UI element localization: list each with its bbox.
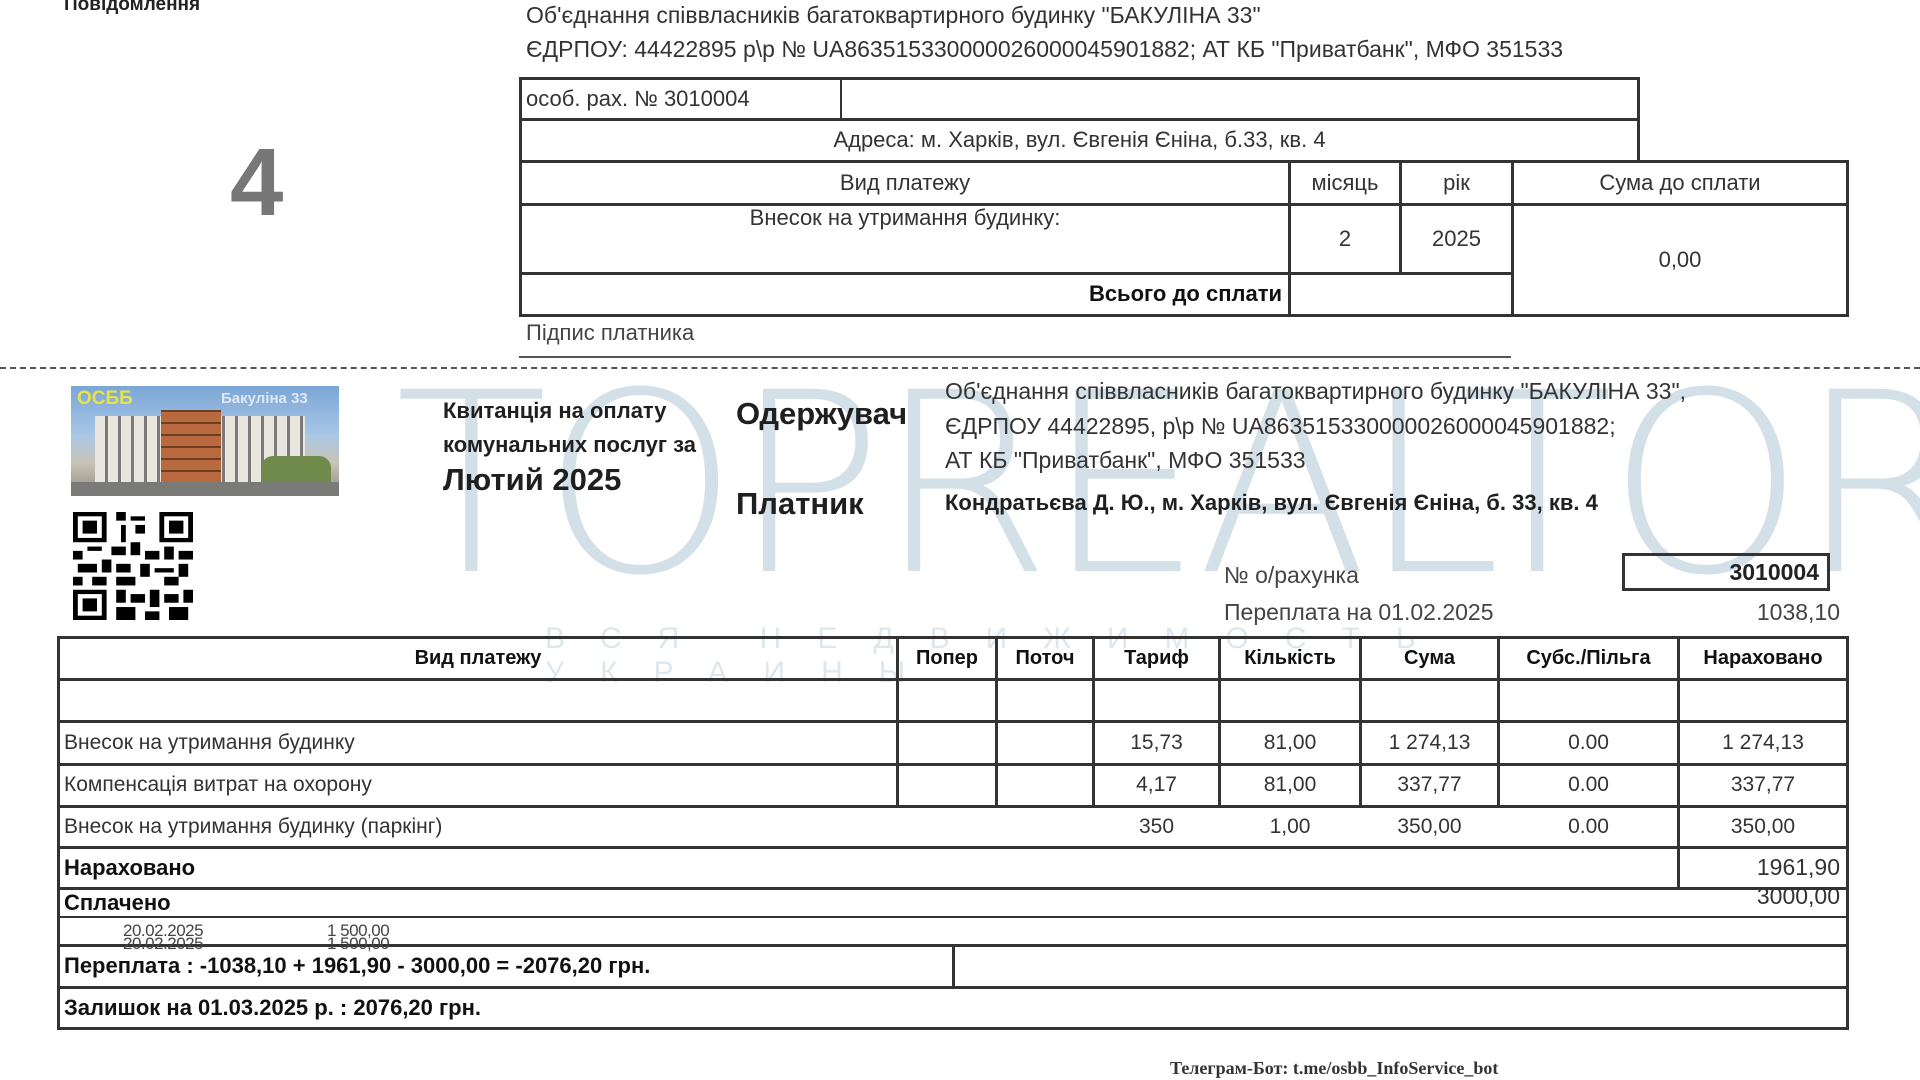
cell-accrued: 350,00 <box>1680 807 1846 846</box>
notice-year: 2025 <box>1402 205 1511 272</box>
receipt-title-line1: Квитанція на оплату <box>443 398 667 424</box>
notice-header-payment-type: Вид платежу <box>522 162 1288 203</box>
receipt-period: Лютий 2025 <box>443 462 621 498</box>
cell-prev <box>899 765 995 805</box>
telegram-bot-link[interactable]: Телеграм-Бот: t.me/osbb_InfoService_bot <box>1170 1058 1498 1079</box>
cell-current <box>998 765 1092 805</box>
overpay-value: 1038,10 <box>1640 599 1840 626</box>
logo-subtitle: Бакуліна 33 <box>221 390 308 407</box>
col-header-tariff: Тариф <box>1095 638 1218 678</box>
cell-subsidy: 0.00 <box>1500 807 1677 846</box>
recipient-line: ЄДРПОУ 44422895, р\р № UA863515330000026… <box>945 413 1616 440</box>
watermark-text: TOPREALTOR <box>395 330 1920 640</box>
notice-header-year: рік <box>1402 162 1511 203</box>
col-header-payment-type: Вид платежу <box>60 638 896 678</box>
col-header-accrued: Нараховано <box>1680 638 1846 678</box>
account-number: 3010004 <box>1622 553 1830 591</box>
cut-line <box>0 367 1920 369</box>
accrued-label: Нараховано <box>64 848 664 887</box>
signature-line <box>519 356 1511 358</box>
notice-header-amount-due: Сума до сплати <box>1514 162 1846 203</box>
logo-title: ОСББ <box>77 388 133 410</box>
cell-quantity: 81,00 <box>1221 722 1359 763</box>
paid-label: Сплачено <box>64 889 664 916</box>
col-header-prev: Попер <box>899 638 995 678</box>
cell-sum: 1 274,13 <box>1362 722 1497 763</box>
cell-subsidy: 0.00 <box>1500 722 1677 763</box>
cell-current <box>998 722 1092 763</box>
cell-quantity: 1,00 <box>1221 807 1359 846</box>
notice-total-label: Всього до сплати <box>522 274 1282 314</box>
notice-amount-due: 0,00 <box>1514 205 1846 315</box>
recipient-label: Одержувач <box>736 396 907 432</box>
balance: Залишок на 01.03.2025 р. : 2076,20 грн. <box>64 988 944 1027</box>
receipt-title-line2: комунальних послуг за <box>443 432 696 458</box>
cell-sum: 350,00 <box>1362 807 1497 846</box>
cell-tariff: 350 <box>1095 807 1218 846</box>
cell-payment-type: Внесок на утримання будинку (паркінг) <box>64 807 900 846</box>
notice-header-month: місяць <box>1291 162 1399 203</box>
signature-label: Підпис платника <box>526 320 694 346</box>
accrued-value: 1961,90 <box>1680 848 1840 887</box>
osbb-logo: ОСББ Бакуліна 33 <box>71 386 339 496</box>
recipient-line: Об'єднання співвласників багатоквартирно… <box>945 378 1686 405</box>
cell-payment-type: Внесок на утримання будинку <box>64 722 900 763</box>
cell-tariff: 4,17 <box>1095 765 1218 805</box>
col-header-quantity: Кількість <box>1221 638 1359 678</box>
cell-subsidy: 0.00 <box>1500 765 1677 805</box>
notice-month: 2 <box>1291 205 1399 272</box>
notice-org-name: Об'єднання співвласників багатоквартирно… <box>526 2 1261 29</box>
cell-accrued: 1 274,13 <box>1680 722 1846 763</box>
recipient-line: АТ КБ "Приватбанк", МФО 351533 <box>945 447 1306 474</box>
cell-quantity: 81,00 <box>1221 765 1359 805</box>
notice-bank-details: ЄДРПОУ: 44422895 р\р № UA863515330000026… <box>526 36 1563 63</box>
cell-current <box>998 807 1092 846</box>
notice-account: особ. рах. № 3010004 <box>526 79 836 118</box>
payer-label: Платник <box>736 486 864 522</box>
cell-accrued: 337,77 <box>1680 765 1846 805</box>
overpay-label: Переплата на 01.02.2025 <box>1224 599 1494 626</box>
notice-number: 4 <box>230 128 283 238</box>
qr-code <box>73 512 193 620</box>
cell-tariff: 15,73 <box>1095 722 1218 763</box>
col-header-sum: Сума <box>1362 638 1497 678</box>
cell-sum: 337,77 <box>1362 765 1497 805</box>
notice-address: Адреса: м. Харків, вул. Євгенія Єніна, б… <box>522 120 1637 160</box>
account-label: № о/рахунка <box>1224 562 1359 589</box>
paid-value: 3000,00 <box>1680 883 1840 910</box>
cell-payment-type: Компенсація витрат на охорону <box>64 765 900 805</box>
cell-prev <box>899 722 995 763</box>
col-header-current: Поточ <box>998 638 1092 678</box>
overpay-formula: Переплата : -1038,10 + 1961,90 - 3000,00… <box>64 946 944 986</box>
payer-details: Кондратьєва Д. Ю., м. Харків, вул. Євген… <box>945 490 1598 516</box>
cell-prev <box>899 807 995 846</box>
notice-title: Повідомлення <box>64 0 200 16</box>
notice-payment-type: Внесок на утримання будинку: <box>522 205 1288 241</box>
col-header-subsidy: Субс./Пільга <box>1500 638 1677 678</box>
